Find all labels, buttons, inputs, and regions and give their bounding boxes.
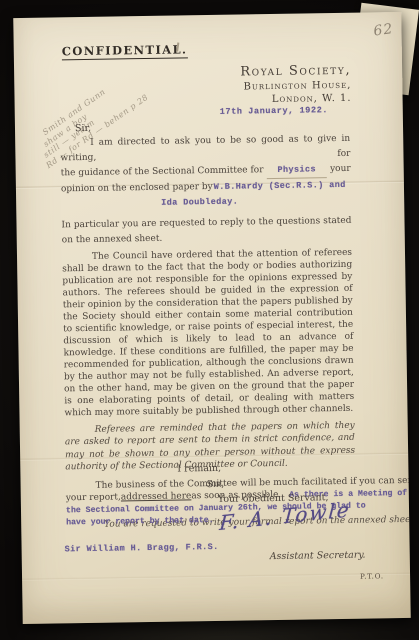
addressee-line: Sir William H. Bragg, F.R.S.: [65, 542, 219, 554]
letterhead-organization: Royal Society,: [240, 63, 351, 80]
paragraph-1-line-2-end: your: [330, 162, 351, 177]
letterhead: Royal Society, Burlington House, London,…: [240, 63, 351, 106]
committee-name-typed: Physics: [277, 164, 316, 175]
pto-mark: P.T.O.: [360, 572, 384, 580]
closing-sir: Sir,: [207, 477, 329, 490]
fold-crease: [22, 572, 410, 581]
paragraph-1: I am directed to ask you to be so good a…: [60, 132, 351, 213]
paper-authors-typed: W.B.Hardy (Sec.R.S.) and: [214, 178, 346, 195]
closing-i-remain: I remain,: [177, 461, 328, 474]
letter-page: CONFIDENTIAL. 62 Smith and Gunn shaw a b…: [13, 12, 410, 624]
paragraph-3: The Council have ordered that the attent…: [62, 247, 355, 420]
letter-date: 17th January, 1922.: [220, 105, 328, 117]
scanned-letter-scene: CONFIDENTIAL. 62 Smith and Gunn shaw a b…: [0, 0, 419, 640]
paper-author-2-typed: Ida Doubleday.: [161, 193, 351, 211]
salutation: Sir,: [75, 123, 91, 134]
closing-block: I remain, Sir, Your obedient Servant,: [65, 461, 328, 507]
paragraph-1-line-1: I am directed to ask you to be so good a…: [60, 132, 350, 167]
archive-number: 62: [372, 21, 394, 40]
paragraph-2: In particular you are requested to reply…: [61, 214, 351, 249]
letterhead-address-1: Burlington House,: [240, 80, 351, 93]
paragraph-1-line-2-text: the guidance of the Sectional Committee …: [61, 163, 264, 181]
form-blank-committee: Physics: [266, 162, 327, 179]
letterhead-address-2: London, W. 1.: [241, 93, 352, 106]
signature-title: Assistant Secretary.: [270, 550, 366, 563]
confidential-stamp: CONFIDENTIAL.: [62, 42, 188, 60]
typed-meeting-note-line-3: have your report by that date.: [66, 515, 214, 530]
